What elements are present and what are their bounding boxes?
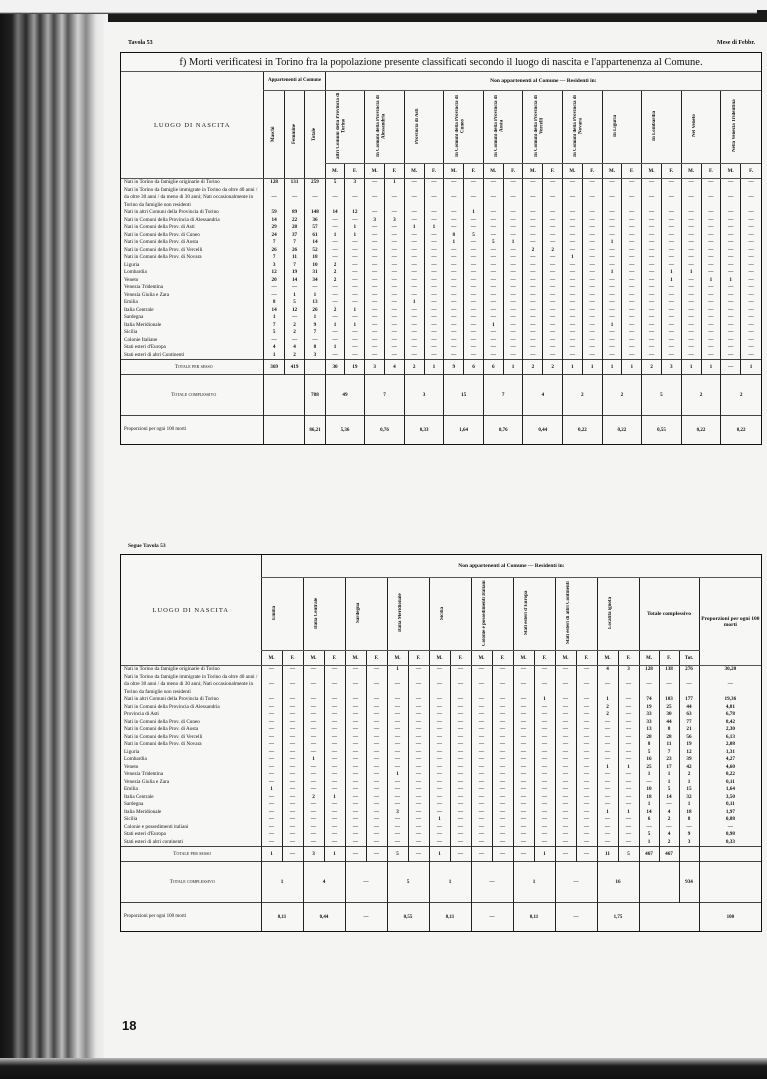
row-label: Totale complessivo	[121, 375, 264, 416]
data-cell: —	[563, 277, 583, 285]
data-cell: —	[555, 779, 576, 787]
data-cell: —	[345, 816, 366, 824]
col-header-residenza: Italia Centrale	[303, 578, 345, 651]
data-cell: —	[387, 831, 408, 839]
data-cell: —	[464, 224, 484, 232]
data-cell: —	[563, 269, 583, 277]
data-cell: —	[282, 749, 303, 757]
data-cell: 3	[404, 375, 444, 416]
data-cell: 1	[681, 360, 701, 375]
data-cell: —	[534, 741, 555, 749]
data-cell: —	[345, 809, 366, 817]
table-row: Nati in Comuni della Prov. di Novara7111…	[121, 254, 761, 262]
data-cell: —	[404, 292, 424, 300]
table-row: Colonie e possedimenti italiani—————————…	[121, 824, 761, 832]
row-label: Nati in Comuni della Prov. di Novara	[121, 254, 264, 262]
data-cell: 1	[701, 360, 721, 375]
luogo-header: LUOGO DI NASCITA	[121, 555, 261, 666]
data-cell: —	[492, 801, 513, 809]
data-cell: —	[602, 329, 622, 337]
data-cell: —	[602, 284, 622, 292]
data-cell: 20	[264, 277, 284, 285]
data-cell: —	[365, 299, 385, 307]
data-cell: —	[741, 299, 761, 307]
data-cell: —	[303, 786, 324, 794]
data-cell: 419	[284, 360, 304, 375]
data-cell: 3	[387, 809, 408, 817]
data-cell: —	[282, 771, 303, 779]
col-m: M.	[642, 164, 662, 179]
data-cell: —	[681, 322, 701, 330]
data-cell: 10	[639, 786, 659, 794]
col-header-label: Emilia	[272, 578, 292, 648]
proportion-cell: 6,13	[699, 734, 761, 742]
data-cell: 1	[324, 847, 345, 862]
row-label: Sardegna	[121, 801, 261, 809]
data-cell: —	[404, 314, 424, 322]
data-cell: —	[345, 314, 365, 322]
data-cell: —	[471, 764, 492, 772]
data-cell: —	[324, 764, 345, 772]
col-header-label: Colonie e possedimenti Italiani	[482, 578, 502, 648]
data-cell: 4	[597, 666, 618, 674]
data-cell: —	[450, 749, 471, 757]
data-cell: —	[464, 217, 484, 225]
data-cell: —	[555, 711, 576, 719]
data-cell: —	[261, 779, 282, 787]
data-cell: —	[642, 209, 662, 217]
data-cell: 2	[325, 269, 345, 277]
data-cell: —	[282, 734, 303, 742]
data-cell: —	[513, 674, 534, 697]
data-cell: —	[424, 299, 444, 307]
data-cell: —	[513, 779, 534, 787]
data-cell: —	[385, 277, 405, 285]
data-cell: —	[741, 277, 761, 285]
data-cell: —	[582, 179, 602, 187]
col-f: F.	[618, 651, 639, 666]
data-cell: —	[741, 314, 761, 322]
data-cell: —	[404, 232, 424, 240]
data-cell: —	[563, 179, 583, 187]
data-cell: —	[555, 764, 576, 772]
data-cell: —	[576, 741, 597, 749]
data-cell: —	[444, 329, 464, 337]
data-cell: —	[303, 719, 324, 727]
table-row: Stati esteri di altri Continenti123—————…	[121, 352, 761, 360]
data-cell: —	[324, 711, 345, 719]
data-cell: —	[261, 764, 282, 772]
totale-per-sesso-row: Totale per sesso369419301934219661221111…	[121, 360, 761, 375]
data-cell: —	[503, 352, 523, 360]
data-cell: 128	[264, 179, 284, 187]
data-cell: —	[324, 809, 345, 817]
data-cell: —	[444, 187, 464, 210]
data-cell: —	[429, 704, 450, 712]
data-cell: 19	[345, 360, 365, 375]
data-cell: —	[661, 337, 681, 345]
data-cell: —	[602, 352, 622, 360]
data-cell: 1	[701, 277, 721, 285]
data-cell: —	[618, 771, 639, 779]
data-cell: —	[424, 232, 444, 240]
data-cell: —	[385, 254, 405, 262]
col-header-label: In Lombardia	[652, 91, 670, 161]
data-cell: —	[444, 307, 464, 315]
data-cell: —	[387, 674, 408, 697]
data-cell: —	[681, 284, 701, 292]
data-cell: 1	[429, 816, 450, 824]
data-cell: 2	[659, 839, 679, 847]
data-cell: —	[523, 307, 543, 315]
data-cell: 5	[639, 749, 659, 757]
data-cell: —	[576, 666, 597, 674]
data-cell	[305, 360, 325, 375]
data-cell: —	[345, 262, 365, 270]
data-cell: —	[284, 314, 304, 322]
data-cell: —	[563, 299, 583, 307]
data-cell: —	[365, 292, 385, 300]
data-cell: —	[424, 314, 444, 322]
data-cell: —	[429, 764, 450, 772]
data-cell: —	[387, 704, 408, 712]
data-cell: —	[303, 801, 324, 809]
data-cell: —	[681, 224, 701, 232]
data-cell: —	[523, 277, 543, 285]
data-cell: 7	[264, 254, 284, 262]
col-header-label: Stati esteri d'Europa	[524, 578, 544, 648]
data-cell: —	[324, 786, 345, 794]
data-cell: 1	[324, 794, 345, 802]
data-cell: —	[325, 254, 345, 262]
data-cell: 5	[642, 375, 682, 416]
segue-label: Segue Tavola 53	[128, 543, 166, 549]
data-cell: —	[282, 674, 303, 697]
data-cell: —	[563, 239, 583, 247]
data-cell: —	[408, 674, 429, 697]
data-cell: —	[576, 816, 597, 824]
data-cell: —	[429, 794, 450, 802]
data-cell: 37	[284, 232, 304, 240]
data-cell: 28	[284, 224, 304, 232]
data-cell: 1	[659, 779, 679, 787]
data-cell: —	[681, 352, 701, 360]
data-cell: —	[471, 771, 492, 779]
data-cell: —	[450, 741, 471, 749]
data-cell: 14	[325, 209, 345, 217]
table-row: Nati in Torino da famiglie originarie di…	[121, 179, 761, 187]
data-cell: —	[534, 719, 555, 727]
data-cell: —	[404, 179, 424, 187]
data-cell: —	[261, 801, 282, 809]
data-cell: —	[602, 232, 622, 240]
data-cell: 0,22	[563, 416, 603, 445]
data-cell: —	[701, 292, 721, 300]
col-m: M.	[602, 164, 622, 179]
data-cell: 1	[639, 771, 659, 779]
data-cell: 34	[305, 277, 325, 285]
data-cell: 22	[284, 217, 304, 225]
data-cell: —	[576, 719, 597, 727]
data-cell: —	[576, 831, 597, 839]
data-cell: —	[534, 824, 555, 832]
data-cell: 18	[305, 254, 325, 262]
data-cell: —	[622, 314, 642, 322]
data-cell: 2	[602, 375, 642, 416]
data-cell: 1	[618, 764, 639, 772]
totale-complessivo-row: Totale complessivo7884973157422522	[121, 375, 761, 416]
data-cell: —	[582, 247, 602, 255]
data-cell: —	[305, 337, 325, 345]
data-cell: —	[464, 254, 484, 262]
document-page: Tavola 53 Mese di Febbr. f) Morti verifi…	[104, 22, 767, 1062]
data-cell: —	[741, 239, 761, 247]
data-cell: —	[503, 247, 523, 255]
data-cell: —	[385, 292, 405, 300]
data-cell: 1	[325, 322, 345, 330]
data-cell: —	[543, 329, 563, 337]
data-cell: —	[483, 232, 503, 240]
data-cell: —	[365, 284, 385, 292]
data-cell: —	[471, 704, 492, 712]
data-cell: —	[492, 741, 513, 749]
proportion-cell: —	[699, 824, 761, 832]
data-cell: —	[444, 247, 464, 255]
data-cell: 0,44	[523, 416, 563, 445]
data-cell: —	[444, 314, 464, 322]
data-cell: —	[597, 794, 618, 802]
data-cell: —	[408, 764, 429, 772]
data-cell: —	[555, 666, 576, 674]
row-label: Lombardia	[121, 269, 264, 277]
data-cell: —	[555, 674, 576, 697]
data-cell: —	[492, 816, 513, 824]
data-cell: —	[741, 322, 761, 330]
data-cell: —	[642, 179, 662, 187]
data-cell: —	[282, 847, 303, 862]
col-header-residenza: Emilia	[261, 578, 303, 651]
data-cell: 89	[284, 209, 304, 217]
data-cell: —	[503, 254, 523, 262]
data-cell: 1	[387, 666, 408, 674]
data-cell: —	[602, 277, 622, 285]
data-cell: —	[282, 779, 303, 787]
data-cell: —	[261, 719, 282, 727]
book-bottom-edge	[0, 1058, 767, 1079]
data-cell: —	[464, 307, 484, 315]
data-cell: —	[408, 771, 429, 779]
data-cell: —	[387, 726, 408, 734]
data-cell: —	[661, 239, 681, 247]
data-cell: —	[464, 352, 484, 360]
data-cell: —	[602, 179, 622, 187]
col-header-residenza: In Comuni della Provincia di Novara	[563, 91, 603, 164]
data-cell: —	[661, 187, 681, 210]
data-cell: —	[661, 224, 681, 232]
row-label: Emilia	[121, 786, 261, 794]
data-cell: —	[602, 314, 622, 322]
col-header-residenza: Provincia di Asti	[404, 91, 444, 164]
data-cell: —	[345, 666, 366, 674]
data-cell: —	[523, 329, 543, 337]
data-cell: —	[582, 322, 602, 330]
data-cell: —	[543, 254, 563, 262]
data-cell: 2	[404, 360, 424, 375]
col-m: M.	[523, 164, 543, 179]
data-cell: —	[681, 307, 701, 315]
data-cell: —	[701, 209, 721, 217]
data-cell: —	[345, 247, 365, 255]
col-header-residenza: In Lombardia	[642, 91, 682, 164]
data-cell: —	[602, 217, 622, 225]
data-cell: —	[534, 764, 555, 772]
data-cell: —	[503, 277, 523, 285]
data-cell: 0,22	[681, 416, 721, 445]
data-cell: —	[366, 809, 387, 817]
data-cell: 2	[681, 375, 721, 416]
data-cell: —	[345, 847, 366, 862]
data-cell: —	[282, 756, 303, 764]
data-cell: 36	[305, 217, 325, 225]
data-cell: —	[721, 217, 741, 225]
row-label: Italia Centrale	[121, 794, 261, 802]
data-cell: 44	[679, 704, 699, 712]
data-cell: —	[503, 187, 523, 210]
data-cell: —	[597, 801, 618, 809]
data-cell: 138	[659, 666, 679, 674]
data-cell: 2	[543, 360, 563, 375]
data-cell: 2	[284, 352, 304, 360]
data-cell: —	[701, 299, 721, 307]
data-cell: —	[282, 839, 303, 847]
col-header-residenza: Stati esteri di altri Continenti	[555, 578, 597, 651]
data-cell: 1	[513, 862, 555, 903]
table-row: Lombardia——1———————————————1623394,27	[121, 756, 761, 764]
data-cell: —	[503, 284, 523, 292]
data-cell: —	[324, 719, 345, 727]
table-row: Emilia8513————1—————————————————	[121, 299, 761, 307]
table-row: Sardegna——————————————————1—10,11	[121, 801, 761, 809]
data-cell: 2	[325, 262, 345, 270]
data-cell: —	[622, 352, 642, 360]
data-cell: —	[513, 666, 534, 674]
data-cell: —	[471, 831, 492, 839]
data-cell: —	[492, 831, 513, 839]
data-cell: —	[661, 247, 681, 255]
col-m: M.	[261, 651, 282, 666]
data-cell: —	[471, 779, 492, 787]
data-cell: —	[701, 217, 721, 225]
data-cell: —	[345, 779, 366, 787]
data-cell: 33	[639, 711, 659, 719]
group-appartenenti: Appartenenti al Comune	[264, 72, 325, 91]
data-cell: —	[387, 764, 408, 772]
data-cell: —	[303, 831, 324, 839]
data-cell: —	[681, 217, 701, 225]
data-cell: —	[404, 322, 424, 330]
data-cell: —	[444, 262, 464, 270]
row-label: Stati esteri di altri Continenti	[121, 352, 264, 360]
data-cell: —	[429, 734, 450, 742]
data-cell: —	[424, 352, 444, 360]
data-cell: 0,44	[303, 903, 345, 932]
data-cell: —	[602, 247, 622, 255]
col-m: M.	[365, 164, 385, 179]
data-cell: —	[721, 337, 741, 345]
data-cell: —	[385, 337, 405, 345]
data-cell: 26	[305, 307, 325, 315]
data-cell: 11	[659, 741, 679, 749]
data-cell: —	[261, 756, 282, 764]
proporzioni-row: Proporzioni per ogni 100 morti86,215,360…	[121, 416, 761, 445]
data-cell: 1	[429, 862, 471, 903]
data-cell: —	[345, 284, 365, 292]
data-cell: —	[582, 329, 602, 337]
data-cell: —	[284, 187, 304, 210]
data-cell: —	[534, 831, 555, 839]
data-cell: —	[741, 344, 761, 352]
data-cell: 1	[639, 801, 659, 809]
col-f: F.	[701, 164, 721, 179]
data-cell: —	[622, 232, 642, 240]
data-cell: —	[597, 824, 618, 832]
data-cell: —	[444, 254, 464, 262]
data-cell: —	[618, 749, 639, 757]
data-cell: 1	[503, 360, 523, 375]
data-cell: 1	[639, 839, 659, 847]
data-cell: 0,11	[513, 903, 555, 932]
data-cell: —	[701, 254, 721, 262]
table-row: Nati in Comuni della Prov. di Novara————…	[121, 741, 761, 749]
data-cell: 9	[444, 360, 464, 375]
data-cell: —	[523, 217, 543, 225]
data-cell: —	[450, 824, 471, 832]
data-cell: —	[365, 262, 385, 270]
col-f: F.	[622, 164, 642, 179]
data-cell: —	[429, 771, 450, 779]
data-cell: —	[387, 786, 408, 794]
data-cell: —	[513, 794, 534, 802]
data-cell: —	[324, 726, 345, 734]
col-header-residenza: In Comuni della Provincia di Cuneo	[444, 91, 484, 164]
data-cell: 7	[365, 375, 405, 416]
data-cell: —	[741, 224, 761, 232]
data-cell: —	[534, 839, 555, 847]
col-f: F.	[385, 164, 405, 179]
data-cell: —	[345, 696, 366, 704]
data-cell: 0,22	[602, 416, 642, 445]
totale-complessivo-row: Totale complessivo14—51—1—16934	[121, 862, 761, 903]
data-cell: —	[404, 239, 424, 247]
data-cell: —	[408, 719, 429, 727]
col-m: M.	[325, 164, 345, 179]
data-cell: —	[366, 847, 387, 862]
data-cell: —	[429, 801, 450, 809]
data-cell: 1	[385, 179, 405, 187]
data-cell: 128	[639, 666, 659, 674]
data-cell: 7	[264, 239, 284, 247]
data-cell: —	[563, 292, 583, 300]
data-cell: —	[555, 801, 576, 809]
data-cell: —	[404, 217, 424, 225]
table-row: Nati in altri Comuni della Provincia di …	[121, 696, 761, 704]
data-cell: —	[721, 360, 741, 375]
data-cell: —	[282, 696, 303, 704]
data-cell: 4	[264, 344, 284, 352]
col-header-label: In Comuni della Provincia di Cuneo	[455, 91, 473, 161]
data-cell: 1	[305, 314, 325, 322]
data-cell: —	[324, 674, 345, 697]
